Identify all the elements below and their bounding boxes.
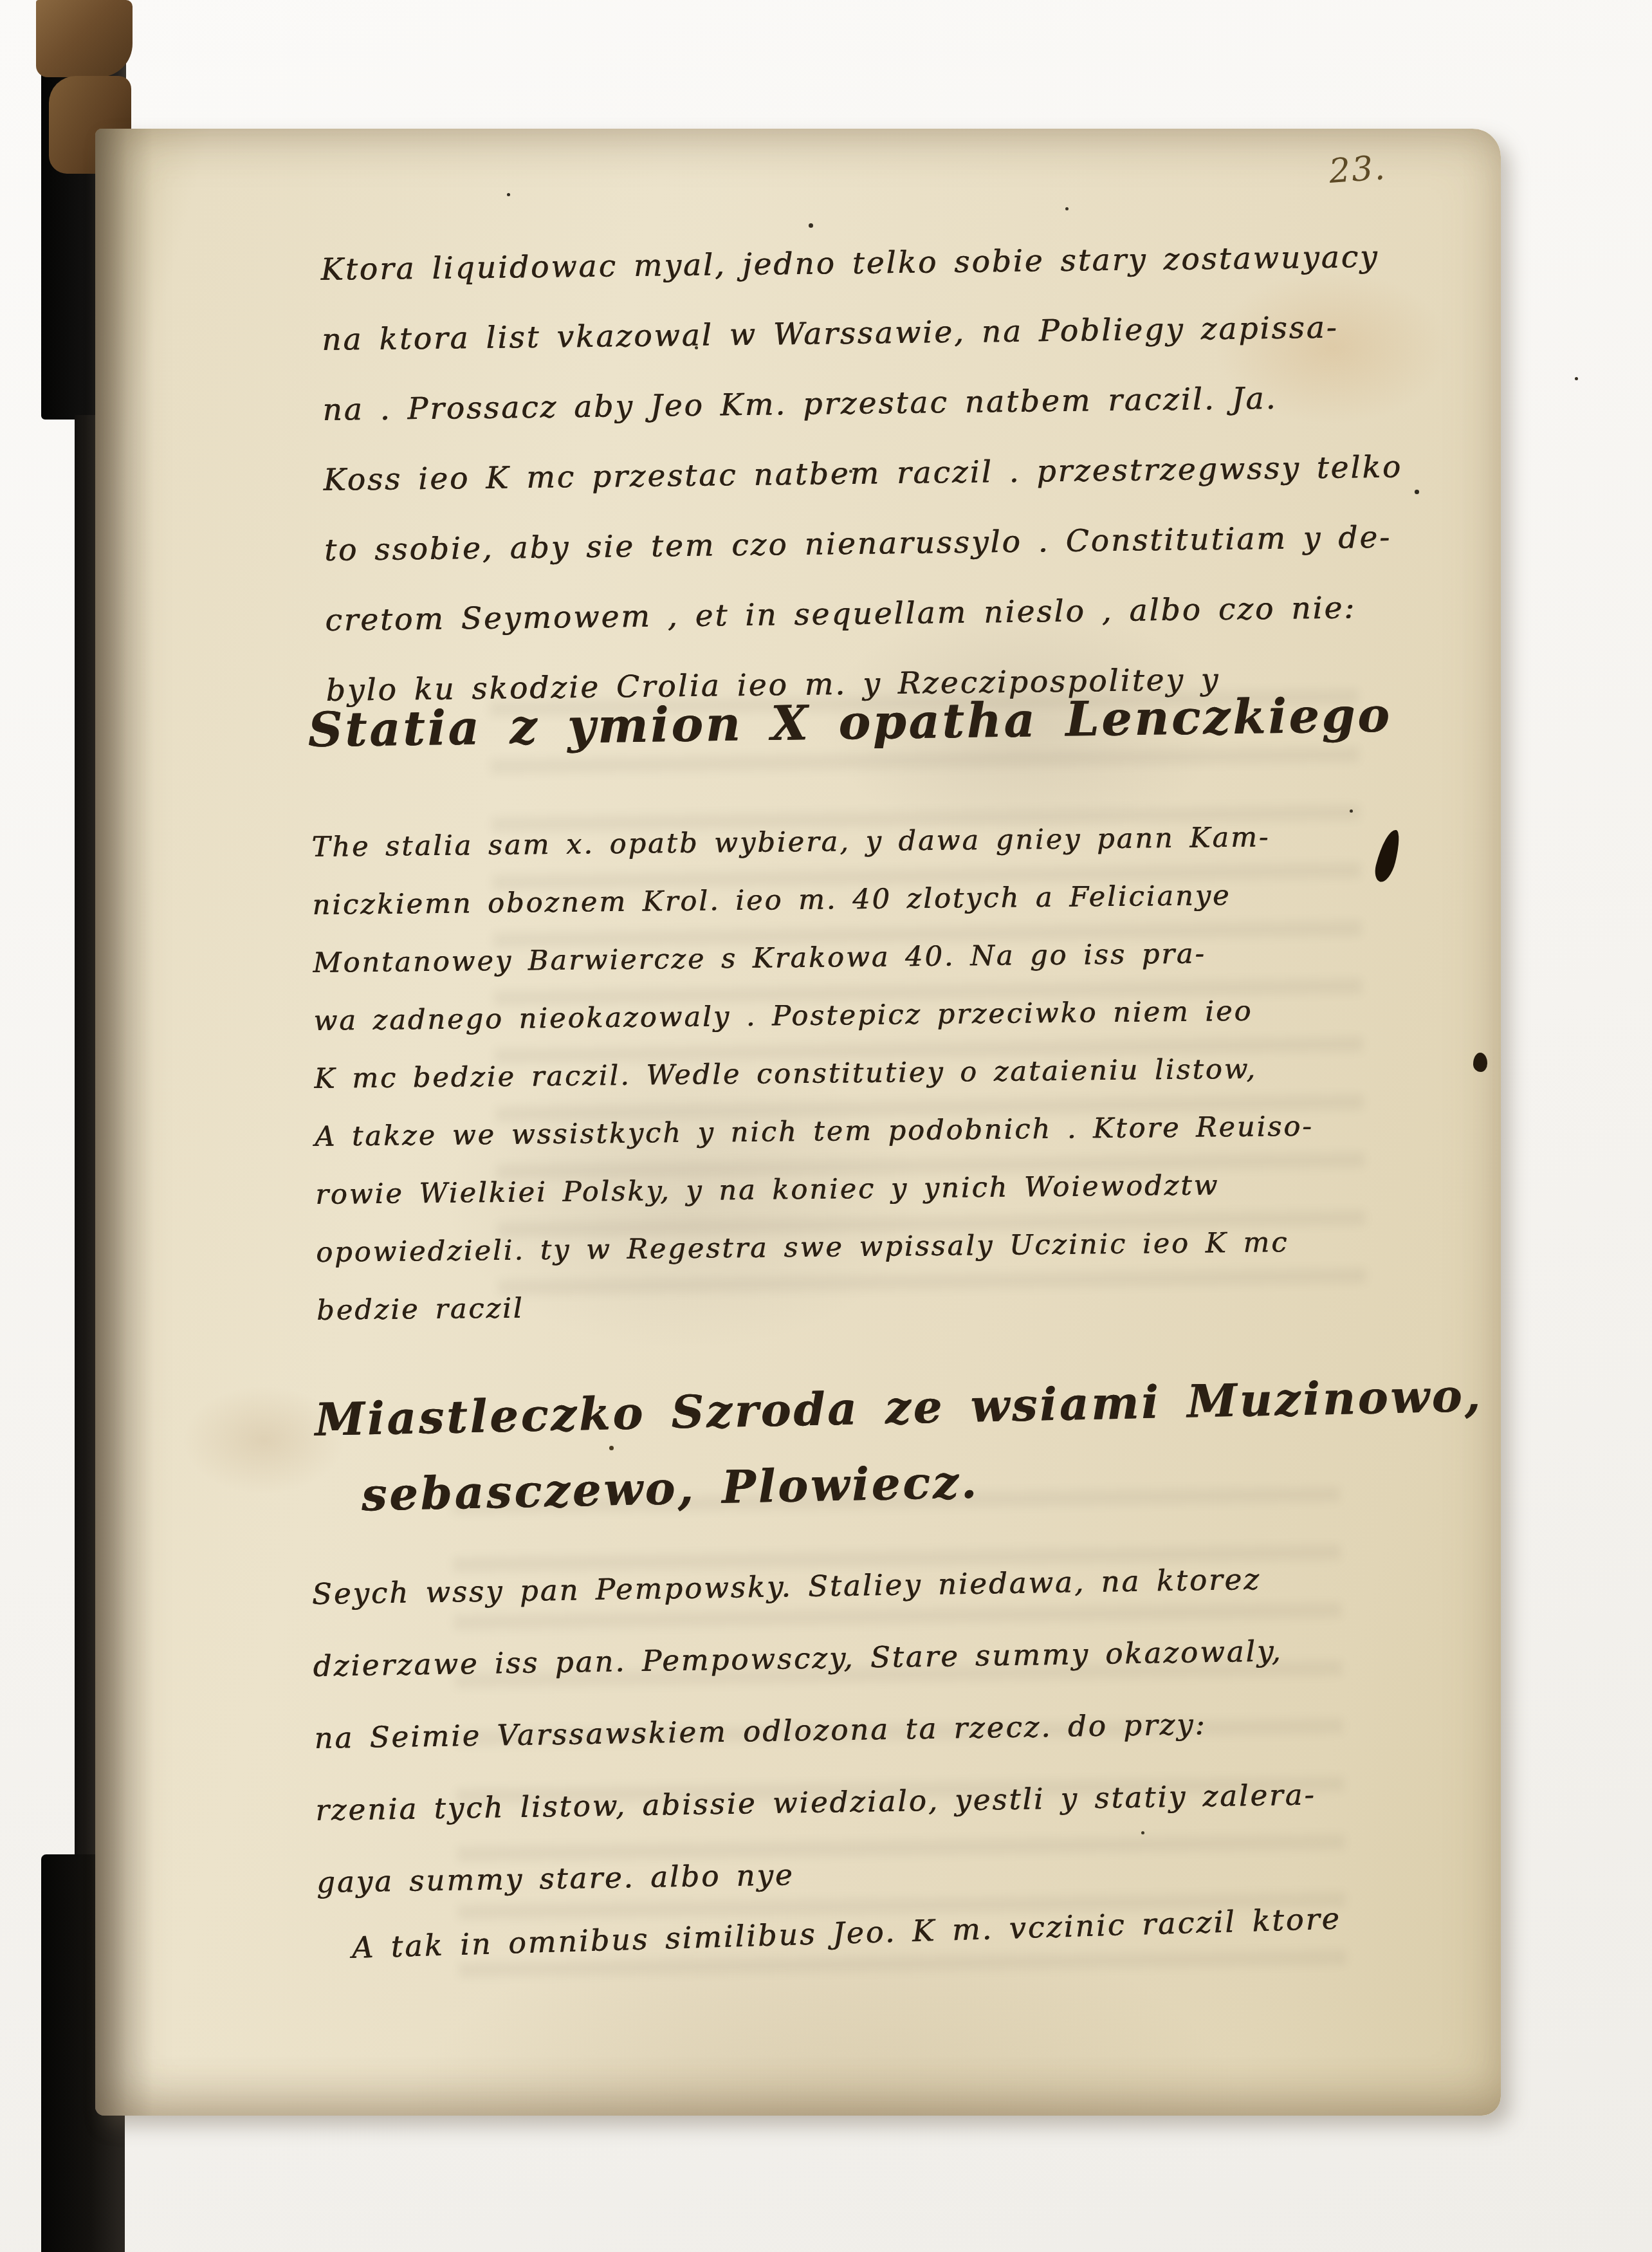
scanner-bed: 23. Ktora liquidowac myal, jedno telko s… xyxy=(0,0,1652,2252)
leather-fragment xyxy=(36,0,133,77)
text-line: wa zadnego nieokazowaly . Postepicz prze… xyxy=(313,982,1312,1050)
text-line: niczkiemn oboznem Krol. ieo m. 40 zlotyc… xyxy=(312,866,1311,934)
text-line: bedzie raczil xyxy=(317,1271,1316,1340)
text-line: rowie Wielkiei Polsky, y na koniec y yni… xyxy=(315,1156,1314,1224)
ink-specks xyxy=(507,193,510,196)
manuscript-page: 23. Ktora liquidowac myal, jedno telko s… xyxy=(95,129,1501,2116)
paragraph-2: The stalia sam x. opatb wybiera, y dawa … xyxy=(311,808,1316,1340)
paragraph-1: Ktora liquidowac myal, jedno telko sobie… xyxy=(320,222,1406,726)
gutter-shadow xyxy=(95,129,153,2116)
text-line: K mc bedzie raczil. Wedle constitutiey o… xyxy=(314,1040,1313,1108)
ink-blot xyxy=(1473,1053,1487,1072)
section-heading-miastleczko: Miastleczko Szroda ze wsiami Muzinowo, s… xyxy=(314,1358,1485,1534)
paragraph-3: Seych wssy pan Pempowsky. Staliey niedaw… xyxy=(311,1543,1317,1919)
text-line: na ktora list vkazowal w Warssawie, na P… xyxy=(321,291,1401,374)
text-line: na . Prossacz aby Jeo Km. przestac natbe… xyxy=(322,362,1402,445)
scan-background: { "document": { "page_number": "23.", "c… xyxy=(0,0,1652,2252)
text-line: Ktora liquidowac myal, jedno telko sobie… xyxy=(320,222,1400,305)
text-line: Montanowey Barwiercze s Krakowa 40. Na g… xyxy=(313,924,1312,992)
text-line: The stalia sam x. opatb wybiera, y dawa … xyxy=(311,808,1310,876)
text-line: Koss ieo K mc przestac natbem raczil . p… xyxy=(323,432,1403,515)
page-number: 23. xyxy=(1328,149,1388,191)
text-line: to ssobie, aby sie tem czo nienarussylo … xyxy=(324,502,1404,585)
text-line: A takze we wssistkych y nich tem podobni… xyxy=(315,1098,1314,1166)
text-line: cretom Seymowem , et in sequellam nieslo… xyxy=(325,572,1405,655)
text-line: opowiedzieli. ty w Regestra swe wpissaly… xyxy=(316,1214,1315,1282)
ink-blot xyxy=(1372,827,1402,884)
